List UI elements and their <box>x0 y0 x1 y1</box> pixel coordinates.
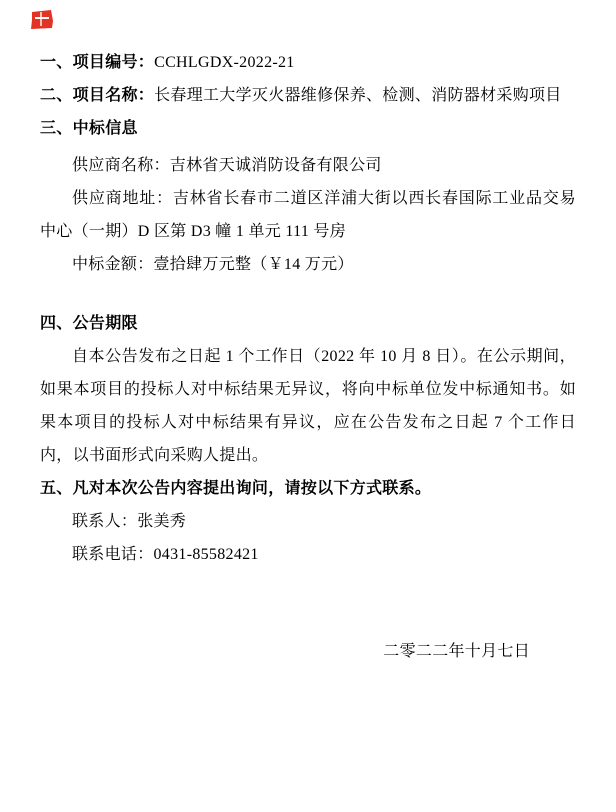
section-5-heading-inquiry-contact: 五、凡对本次公告内容提出询问，请按以下方式联系。 <box>40 472 576 505</box>
section-2-project-name-line: 二、项目名称：长春理工大学灭火器维修保养、检测、消防器材采购项目 <box>40 79 576 112</box>
supplier-name-line: 供应商名称：吉林省天诚消防设备有限公司 <box>40 149 576 182</box>
section-3-heading-award-info: 三、中标信息 <box>40 112 576 145</box>
contact-person-line: 联系人：张美秀 <box>40 505 576 538</box>
supplier-address-line: 供应商地址：吉林省长春市二道区洋浦大街以西长春国际工业品交易中心（一期）D 区第… <box>40 182 576 248</box>
project-name-label: 二、项目名称： <box>40 87 154 104</box>
seal-inner-slit-vertical <box>40 12 42 26</box>
project-number-value: CCHLGDX-2022-21 <box>154 54 295 71</box>
section-1-project-number-line: 一、项目编号：CCHLGDX-2022-21 <box>40 46 576 79</box>
red-seal-mark <box>30 9 54 30</box>
project-name-value: 长春理工大学灭火器维修保养、检测、消防器材采购项目 <box>154 87 562 104</box>
contact-phone-line: 联系电话：0431-85582421 <box>40 538 576 571</box>
award-amount-line: 中标金额：壹拾肆万元整（￥14 万元） <box>40 248 576 281</box>
announcement-document-page: 一、项目编号：CCHLGDX-2022-21 二、项目名称：长春理工大学灭火器维… <box>0 0 616 812</box>
announcement-period-paragraph: 自本公告发布之日起 1 个工作日（2022 年 10 月 8 日）。在公示期间，… <box>40 340 576 472</box>
section-4-heading-announcement-period: 四、公告期限 <box>40 307 576 340</box>
project-number-label: 一、项目编号： <box>40 54 154 71</box>
sign-date-line: 二零二二年十月七日 <box>40 635 576 668</box>
